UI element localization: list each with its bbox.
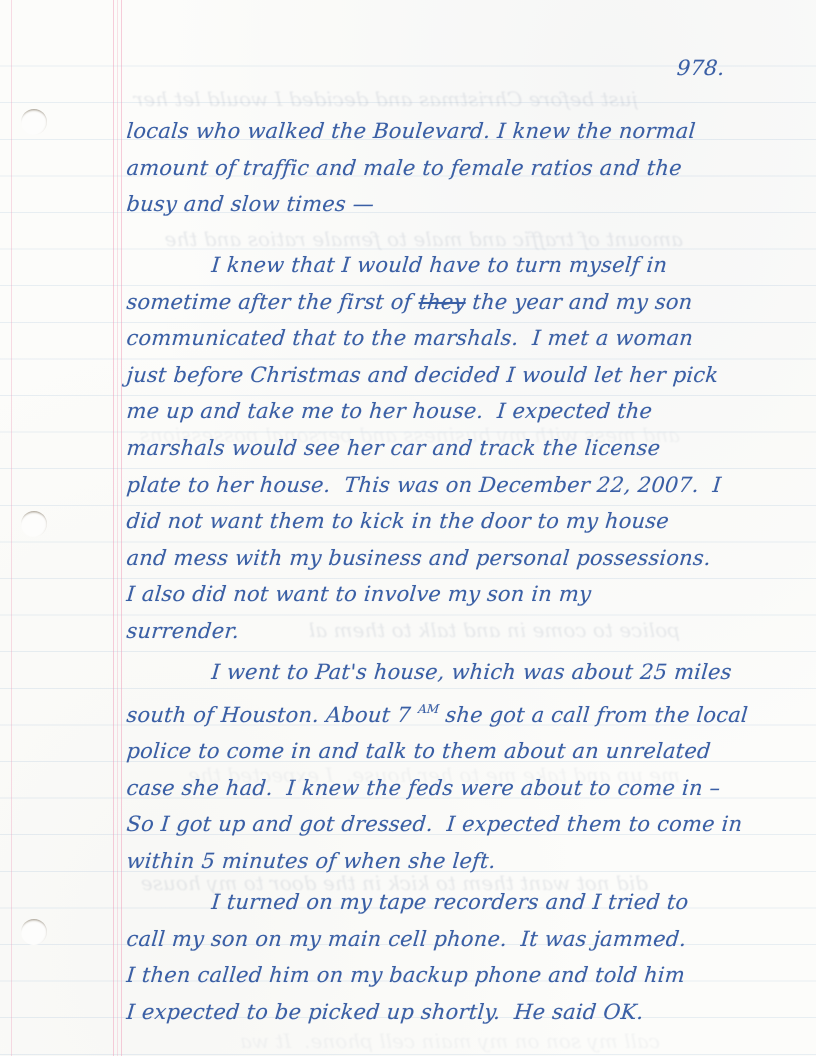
punch-hole bbox=[21, 109, 47, 135]
handwritten-line: I knew that I would have to turn myself … bbox=[125, 247, 768, 284]
handwritten-line: I also did not want to involve my son in… bbox=[125, 576, 768, 613]
page-number: 978. bbox=[676, 56, 726, 80]
paper-edge-line bbox=[11, 0, 12, 1056]
handwritten-line: call my son on my main cell phone. It wa… bbox=[125, 921, 768, 958]
paragraph-2: I knew that I would have to turn myself … bbox=[125, 247, 765, 650]
line-text: the year and my son bbox=[465, 290, 694, 314]
line-text: south of Houston. About 7 bbox=[126, 703, 419, 727]
handwritten-line: busy and slow times — bbox=[125, 186, 768, 223]
handwritten-line: amount of traffic and male to female rat… bbox=[125, 150, 768, 187]
paragraph-1: locals who walked the Boulevard. I knew … bbox=[125, 113, 765, 223]
handwritten-line: me up and take me to her house. I expect… bbox=[125, 393, 768, 430]
superscript-am: AM bbox=[418, 702, 440, 716]
scanned-page: just before Christmas and decided I woul… bbox=[0, 0, 816, 1056]
handwritten-line: surrender. bbox=[125, 613, 768, 650]
handwritten-line: I expected to be picked up shortly. He s… bbox=[125, 994, 768, 1031]
handwritten-line: did not want them to kick in the door to… bbox=[125, 503, 768, 540]
handwritten-line: police to come in and talk to them about… bbox=[125, 733, 768, 770]
handwritten-line: just before Christmas and decided I woul… bbox=[125, 357, 768, 394]
line-text: she got a call from the local bbox=[438, 703, 749, 727]
margin-line bbox=[113, 0, 114, 1056]
bleed-through-text: just before Christmas and decided I woul… bbox=[128, 84, 638, 114]
paragraph-4: I turned on my tape recorders and I trie… bbox=[125, 884, 765, 1030]
handwritten-line: south of Houston. About 7 AM she got a c… bbox=[125, 691, 769, 734]
punch-hole bbox=[21, 511, 47, 537]
line-text: sometime after the first of bbox=[126, 290, 420, 314]
strikethrough-word: they bbox=[418, 290, 467, 314]
punch-hole bbox=[21, 919, 47, 945]
handwritten-line: case she had. I knew the feds were about… bbox=[125, 770, 768, 807]
paragraph-3: I went to Pat's house, which was about 2… bbox=[125, 654, 765, 880]
handwritten-line: and mess with my business and personal p… bbox=[125, 540, 768, 577]
handwritten-line: I turned on my tape recorders and I trie… bbox=[125, 884, 768, 921]
margin-line bbox=[117, 0, 118, 1056]
handwritten-line: I then called him on my backup phone and… bbox=[125, 957, 768, 994]
handwritten-line: plate to her house. This was on December… bbox=[125, 467, 768, 504]
handwritten-line: So I got up and got dressed. I expected … bbox=[125, 806, 768, 843]
margin-line bbox=[121, 0, 122, 1056]
handwritten-line: communicated that to the marshals. I met… bbox=[125, 320, 768, 357]
handwritten-line: within 5 minutes of when she left. bbox=[125, 843, 768, 880]
handwritten-line: marshals would see her car and track the… bbox=[125, 430, 768, 467]
handwritten-line: I went to Pat's house, which was about 2… bbox=[125, 654, 768, 691]
handwritten-line: locals who walked the Boulevard. I knew … bbox=[125, 113, 768, 150]
handwritten-line: sometime after the first of they the yea… bbox=[125, 284, 768, 321]
